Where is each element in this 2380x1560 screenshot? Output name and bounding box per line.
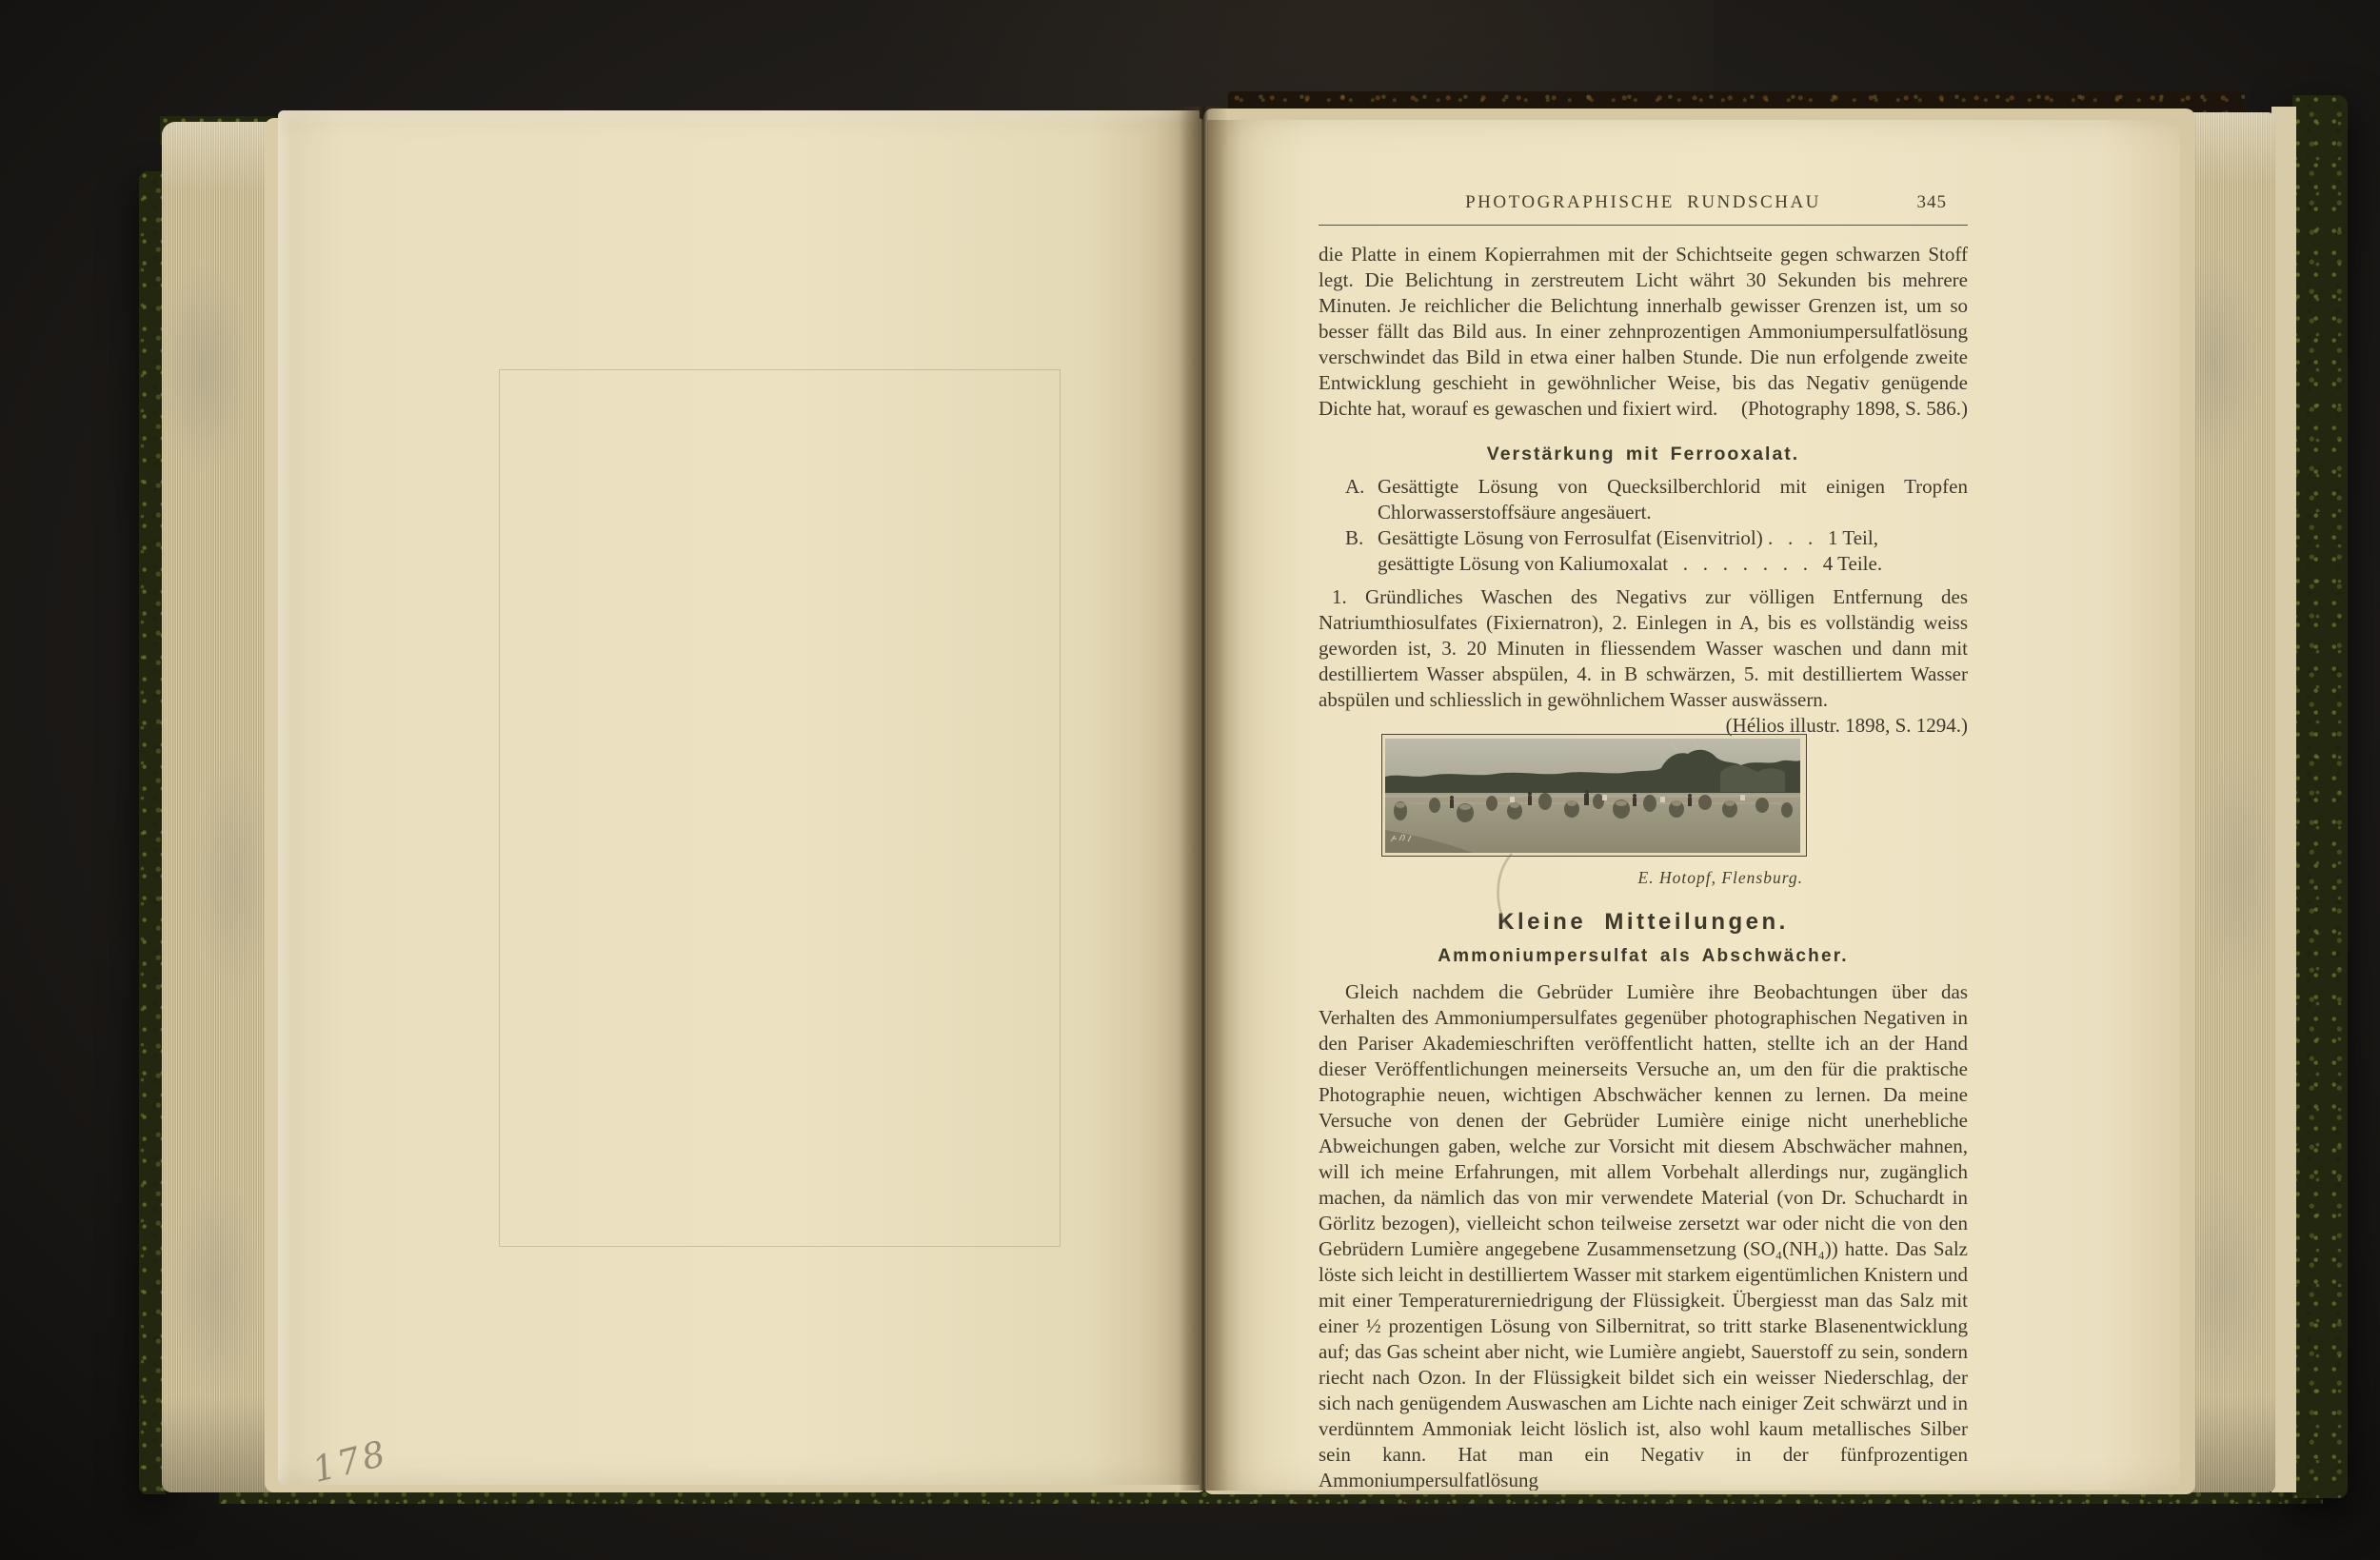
harvest-field-photo <box>1385 739 1800 853</box>
item-b-line1: Gesättigte Lösung von Ferrosulfat (Eisen… <box>1378 525 1968 551</box>
photo-frame <box>1381 734 1807 857</box>
photo-caption: E. Hotopf, Flensburg. <box>1381 868 1807 888</box>
page-number: 345 <box>1917 192 1948 213</box>
section-heading-ferrooxalat: Verstärkung mit Ferrooxalat. <box>1319 444 1968 465</box>
right-cover-marble <box>2292 95 2348 1498</box>
kleine-mitteilungen-heading: Kleine Mitteilungen. <box>1319 909 1968 936</box>
harvest-photo-figure: E. Hotopf, Flensburg. <box>1381 734 1807 888</box>
list-item-b: B. Gesättigte Lösung von Ferrosulfat (Ei… <box>1345 525 1968 577</box>
pencil-page-number: 178 <box>308 1432 392 1485</box>
intro-paragraph: die Platte in einem Kopierrahmen mit der… <box>1319 242 1968 422</box>
pencil-parenthesis-mark <box>1489 851 1517 931</box>
plate-impression-outline <box>499 369 1061 1247</box>
procedure-paragraph: 1. Gründliches Waschen des Negativs zur … <box>1319 584 1968 713</box>
running-head-rule <box>1319 225 1968 226</box>
item-b-label: B. <box>1345 525 1378 577</box>
mitteilungen-paragraph: Gleich nachdem die Gebrüder Lumière ihre… <box>1319 979 1968 1491</box>
right-page: PHOTOGRAPHISCHE RUNDSCHAU 345 die Platte… <box>1207 120 2180 1491</box>
text-column: PHOTOGRAPHISCHE RUNDSCHAU 345 die Platte… <box>1319 120 1968 1491</box>
recipe-list: A. Gesättigte Lösung von Quecksilberchlo… <box>1319 474 1968 577</box>
item-b-line2: gesättigte Lösung von Kaliumoxalat . . .… <box>1378 551 1968 577</box>
item-b-lines: Gesättigte Lösung von Ferrosulfat (Eisen… <box>1378 525 1968 577</box>
procedure-text: 1. Gründliches Waschen des Negativs zur … <box>1319 585 1968 711</box>
intro-citation: (Photography 1898, S. 586.) <box>1741 396 1968 422</box>
gutter-shadow <box>1179 107 1228 1491</box>
running-head-title: PHOTOGRAPHISCHE RUNDSCHAU <box>1465 192 1821 212</box>
intro-text: die Platte in einem Kopierrahmen mit der… <box>1319 243 1968 420</box>
item-a-label: A. <box>1345 474 1378 525</box>
ammoniumpersulfat-subheading: Ammoniumpersulfat als Abschwächer. <box>1319 946 1968 967</box>
procedure-citation: (Hélios illustr. 1898, S. 1294.) <box>1713 713 1968 739</box>
list-item-a: A. Gesättigte Lösung von Quecksilberchlo… <box>1345 474 1968 525</box>
scanned-book-spread: 178 PHOTOGRAPHISCHE RUNDSCHAU 345 die Pl… <box>0 0 2380 1560</box>
running-head: PHOTOGRAPHISCHE RUNDSCHAU 345 <box>1319 192 1968 213</box>
item-a-text: Gesättigte Lösung von Quecksilberchlorid… <box>1378 474 1968 525</box>
left-page-blank: 178 <box>278 110 1200 1485</box>
